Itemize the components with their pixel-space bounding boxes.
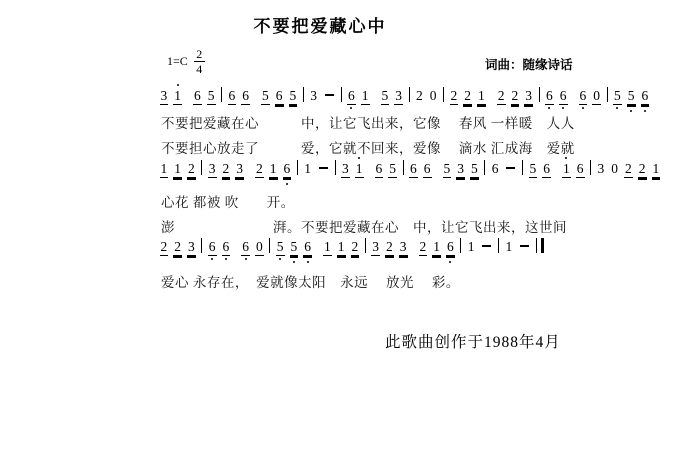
note: 3: [371, 238, 380, 256]
note: 6: [545, 87, 554, 105]
note: 3: [399, 238, 408, 256]
barline: [297, 160, 298, 175]
note: 2: [511, 87, 520, 105]
held-beat-dash: [482, 245, 491, 247]
note: 6: [208, 238, 217, 256]
music-sheet-page: 不要把爱藏心中 1=C 2 4 词曲：随缘诗话 3165665653615320…: [0, 0, 690, 475]
lyrics-line-5: 爱心 永存在， 爱就像太阳 永远 放光 彩。: [161, 271, 460, 291]
note: 1: [355, 160, 364, 178]
note: 1: [303, 160, 312, 177]
note: 6: [193, 87, 202, 105]
note: 6: [409, 160, 418, 178]
note: 5: [470, 160, 479, 178]
barline: [201, 238, 202, 253]
note: 1: [269, 160, 278, 178]
note: 5: [627, 87, 636, 105]
lyrics-line-1: 不要把爱藏在心 中，让它飞出来，它像 春风 一样暖 人人: [161, 112, 575, 132]
note: 0: [610, 160, 619, 177]
note: 1: [160, 160, 169, 178]
note: 1: [467, 238, 476, 255]
barline: [201, 160, 202, 175]
note: 1: [173, 87, 182, 105]
note: 3: [597, 160, 606, 177]
note: 1: [337, 238, 346, 256]
note: 5: [261, 87, 270, 105]
barline: [403, 160, 404, 175]
note: 1: [505, 238, 514, 255]
note: 3: [160, 87, 169, 105]
note: 1: [562, 160, 571, 178]
barline: [484, 160, 485, 175]
note: 6: [491, 160, 500, 177]
note: 2: [624, 160, 633, 178]
note: 1: [477, 87, 486, 105]
note: 5: [529, 160, 538, 178]
note: 6: [275, 87, 284, 105]
barline: [303, 87, 304, 102]
note: 6: [641, 87, 650, 105]
held-beat-dash: [319, 167, 328, 169]
barline: [498, 238, 499, 253]
note: 3: [235, 160, 244, 178]
note: 2: [497, 87, 506, 105]
composer-credit: 词曲：随缘诗话: [485, 55, 573, 73]
barline: [522, 160, 523, 175]
note: 2: [160, 238, 169, 256]
note: 5: [289, 87, 298, 105]
note: 1: [652, 160, 661, 178]
note: 6: [375, 160, 384, 178]
note: 2: [351, 238, 360, 256]
note: 3: [187, 238, 196, 256]
song-title: 不要把爱藏心中: [155, 12, 485, 37]
note: 2: [255, 160, 264, 178]
note: 0: [255, 238, 264, 256]
music-line-2: 11232321613165665356561630221: [157, 160, 663, 178]
barline: [539, 87, 540, 102]
note: 2: [450, 87, 459, 105]
final-barline: [536, 238, 544, 253]
note: 5: [388, 160, 397, 178]
note: 2: [463, 87, 472, 105]
held-beat-dash: [520, 245, 529, 247]
note: 1: [361, 87, 370, 105]
lyrics-line-2: 不要担心放走了 爱，它就不回来，爱像 滴水 汇成海 爱就: [161, 137, 575, 157]
note: 5: [276, 238, 285, 256]
held-beat-dash: [325, 94, 334, 96]
barline: [365, 238, 366, 253]
lyrics-line-4: 澎 湃。不要把爱藏在心 中，让它飞出来，这世间: [161, 216, 567, 236]
note: 1: [432, 238, 441, 256]
note: 6: [347, 87, 356, 105]
note: 3: [341, 160, 350, 178]
note: 6: [241, 238, 250, 256]
note: 6: [283, 160, 292, 178]
meter-numerator: 2: [196, 48, 202, 60]
note: 3: [456, 160, 465, 178]
barline: [335, 160, 336, 175]
note: 6: [579, 87, 588, 105]
note: 6: [222, 238, 231, 256]
note: 2: [173, 238, 182, 256]
note: 3: [208, 160, 217, 178]
held-beat-dash: [506, 167, 515, 169]
note: 1: [323, 238, 332, 256]
note: 5: [207, 87, 216, 105]
time-signature: 2 4: [194, 48, 205, 75]
barline: [460, 238, 461, 253]
key-signature: 1=C 2 4: [167, 48, 205, 75]
tonality-label: 1=C: [167, 54, 188, 69]
note: 6: [241, 87, 250, 105]
note: 3: [394, 87, 403, 105]
note: 3: [309, 87, 318, 104]
creation-note: 此歌曲创作于1988年4月: [385, 330, 561, 352]
barline: [409, 87, 410, 102]
barline: [341, 87, 342, 102]
barline: [607, 87, 608, 102]
note: 5: [381, 87, 390, 105]
note: 2: [187, 160, 196, 178]
note: 2: [638, 160, 647, 178]
note: 3: [524, 87, 533, 105]
note: 2: [222, 160, 231, 178]
note: 0: [429, 87, 438, 104]
music-line-3: 223666055611232321611: [157, 238, 547, 256]
note: 2: [415, 87, 424, 104]
meter-denominator: 4: [196, 63, 202, 75]
music-line-1: 31656656536153202212236660556: [157, 87, 652, 105]
note: 6: [446, 238, 455, 256]
note: 6: [228, 87, 237, 105]
note: 6: [423, 160, 432, 178]
note: 6: [303, 238, 312, 256]
lyrics-line-3: 心花 都被 吹 开。: [161, 191, 295, 211]
barline: [443, 87, 444, 102]
note: 1: [173, 160, 182, 178]
note: 6: [542, 160, 551, 178]
barline: [221, 87, 222, 102]
note: 5: [443, 160, 452, 178]
note: 6: [576, 160, 585, 178]
note: 6: [559, 87, 568, 105]
note: 5: [613, 87, 622, 105]
note: 2: [385, 238, 394, 256]
note: 5: [290, 238, 299, 256]
note: 0: [592, 87, 601, 105]
barline: [269, 238, 270, 253]
barline: [590, 160, 591, 175]
note: 2: [419, 238, 428, 256]
